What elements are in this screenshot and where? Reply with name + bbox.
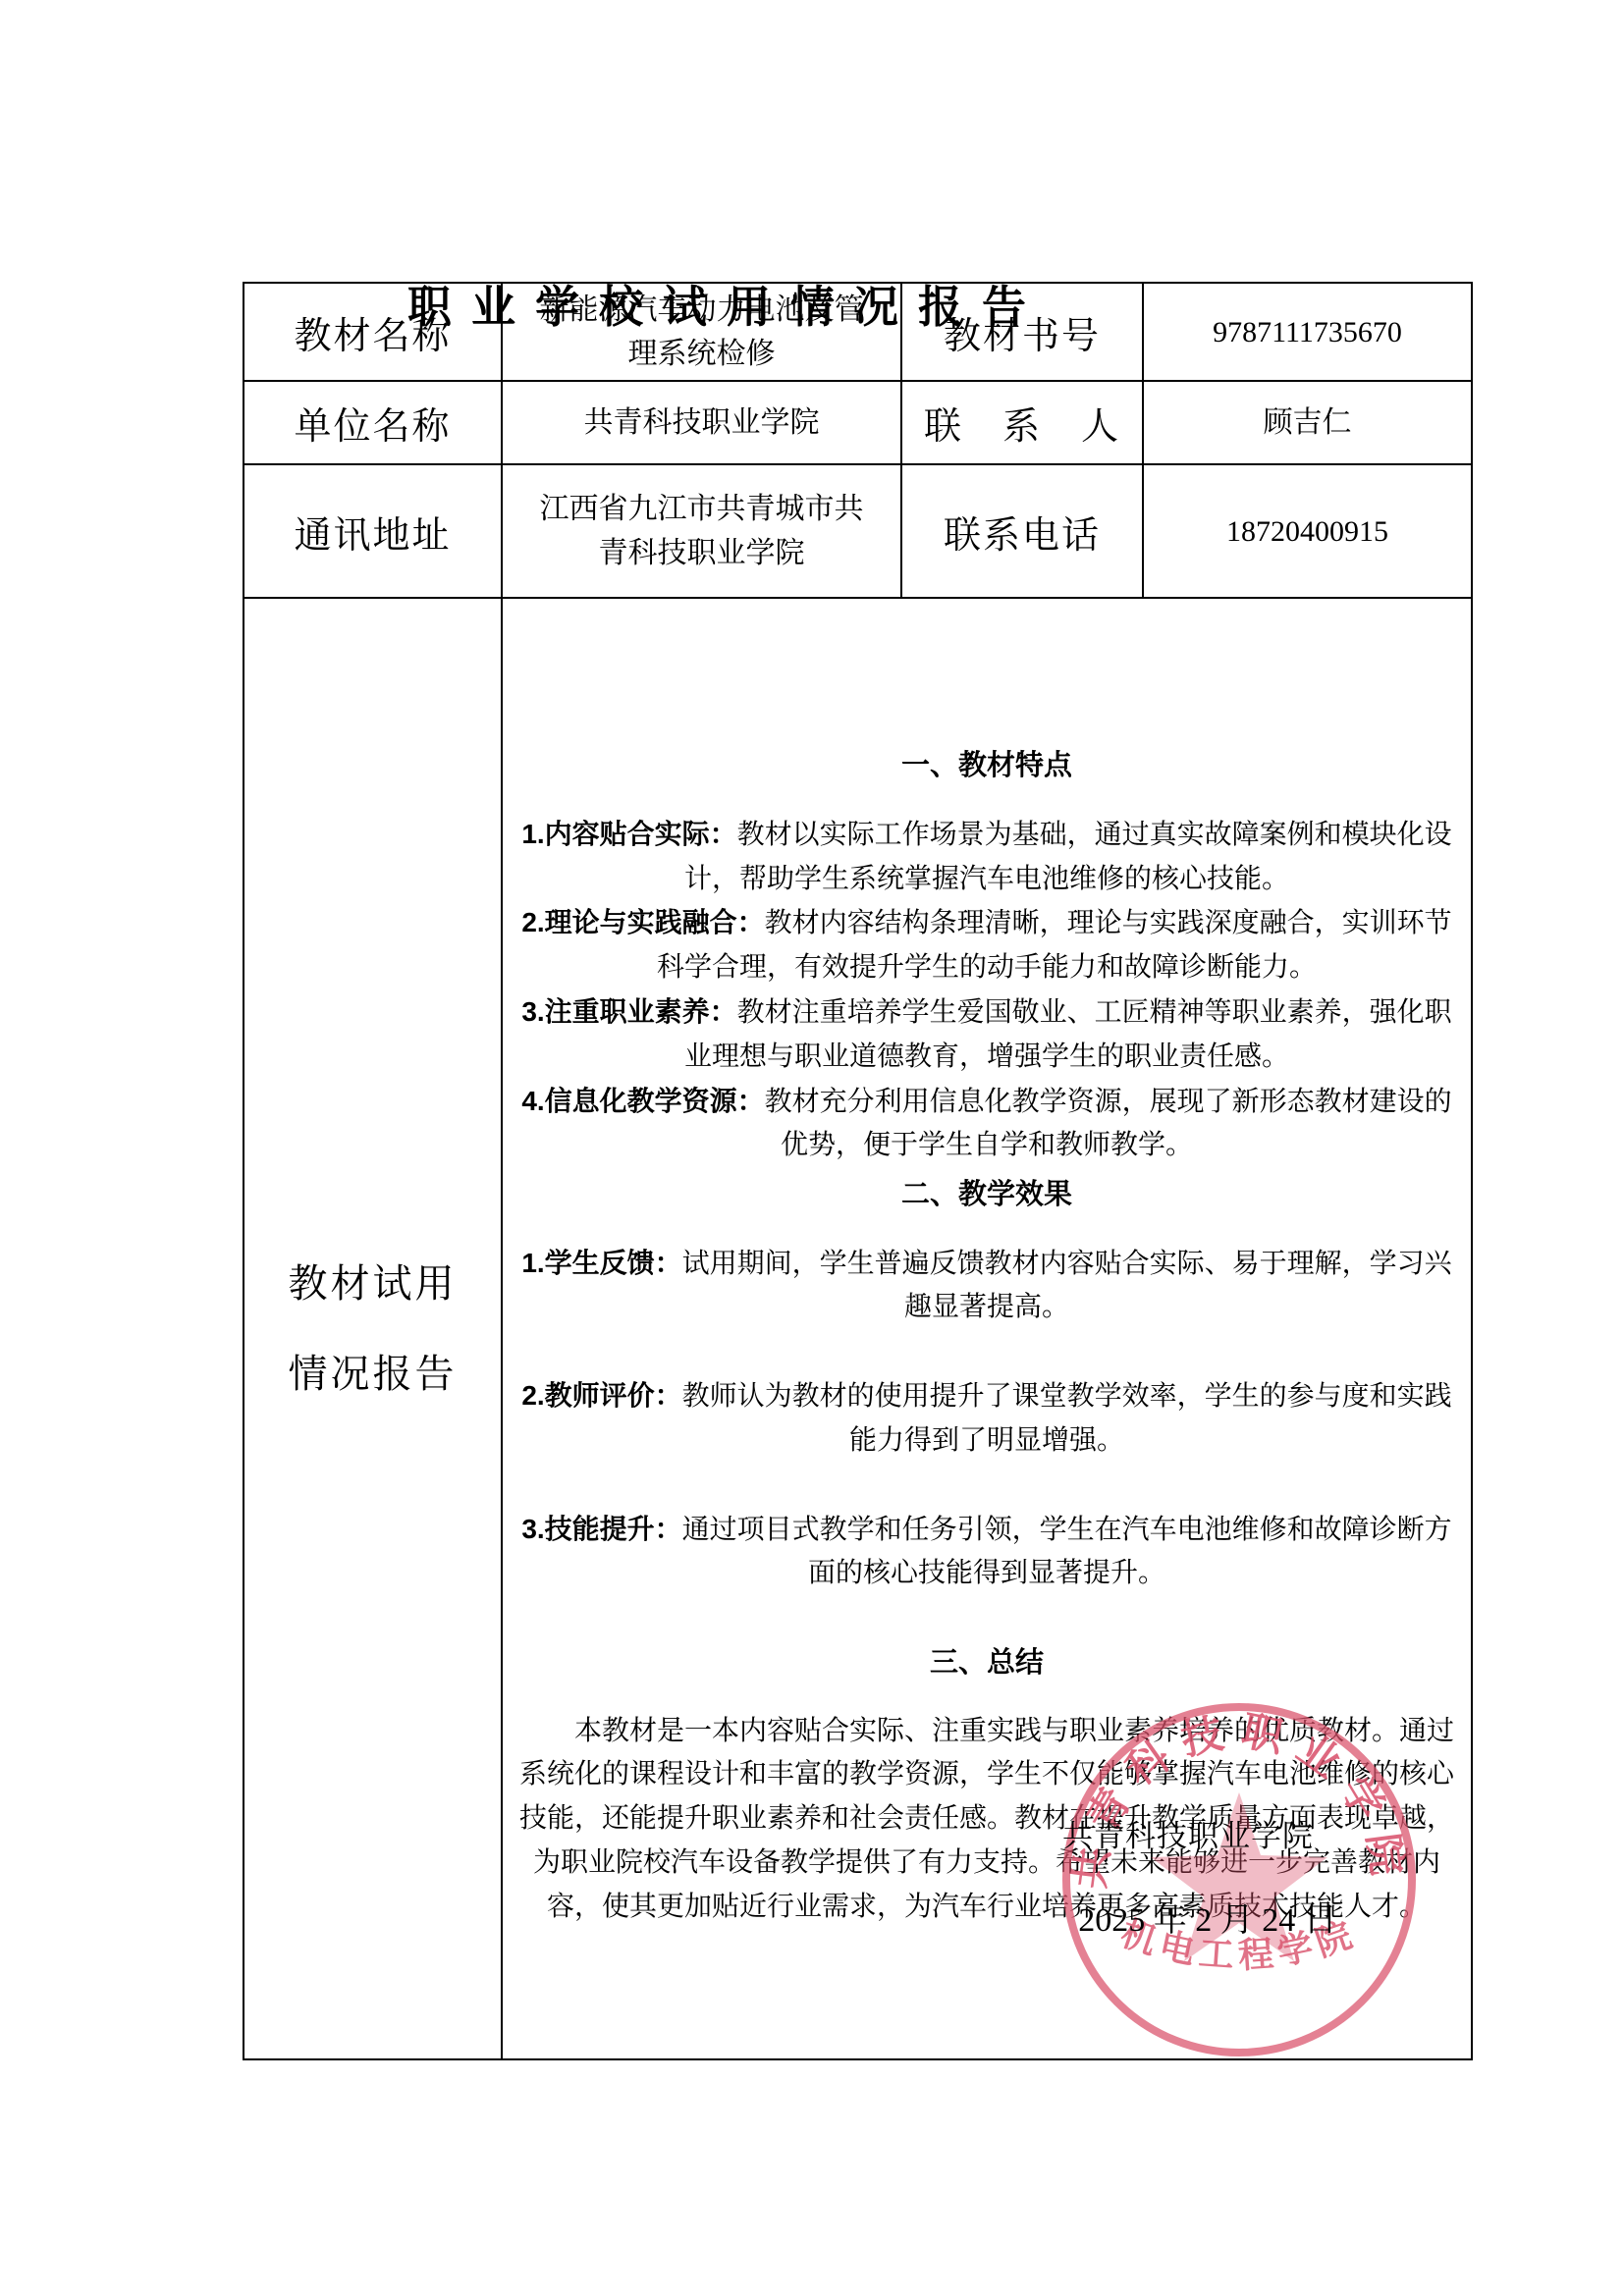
- item-lead: 4.信息化教学资源：: [521, 1086, 764, 1116]
- value-textbook-name: 新能源汽车动力电池及管理系统检修: [502, 283, 901, 381]
- section-heading-features: 一、教材特点: [518, 743, 1455, 788]
- signature-date: 2025 年 2 月 24 日: [962, 1893, 1453, 1941]
- label-unit-name: 单位名称: [244, 381, 502, 464]
- item-text: 教材内容结构条理清晰，理论与实践深度融合，实训环节科学合理，有效提升学生的动手能…: [657, 908, 1452, 983]
- table-row: 单位名称 共青科技职业学院 联 系 人 顾吉仁: [244, 381, 1472, 464]
- item-text: 教材充分利用信息化教学资源，展现了新形态教材建设的优势，便于学生自学和教师教学。: [765, 1087, 1452, 1161]
- label-book-number: 教材书号: [901, 283, 1143, 381]
- section-heading-summary: 三、总结: [518, 1640, 1455, 1685]
- item-text: 教材以实际工作场景为基础，通过真实故障案例和模块化设计，帮助学生系统掌握汽车电池…: [684, 820, 1452, 894]
- label-report-line1: 教材试用: [245, 1239, 500, 1329]
- item-text: 教师认为教材的使用提升了课堂教学效率，学生的参与度和实践能力得到了明显增强。: [682, 1381, 1452, 1456]
- info-table: 教材名称 新能源汽车动力电池及管理系统检修 教材书号 9787111735670…: [243, 282, 1473, 2060]
- feature-item: 4.信息化教学资源：教材充分利用信息化教学资源，展现了新形态教材建设的优势，便于…: [518, 1080, 1455, 1169]
- value-book-number: 9787111735670: [1143, 283, 1472, 381]
- effect-item: 3.技能提升：通过项目式教学和任务引领，学生在汽车电池维修和故障诊断方面的核心技…: [518, 1508, 1455, 1597]
- item-lead: 2.教师评价：: [521, 1380, 681, 1411]
- table-row: 通讯地址 江西省九江市共青城市共青科技职业学院 联系电话 18720400915: [244, 464, 1472, 598]
- value-phone: 18720400915: [1143, 464, 1472, 598]
- value-contact-person: 顾吉仁: [1143, 381, 1472, 464]
- item-lead: 3.注重职业素养：: [521, 996, 736, 1027]
- table-row: 教材名称 新能源汽车动力电池及管理系统检修 教材书号 9787111735670: [244, 283, 1472, 381]
- value-unit-name: 共青科技职业学院: [502, 381, 901, 464]
- feature-item: 3.注重职业素养：教材注重培养学生爱国敬业、工匠精神等职业素养，强化职业理想与职…: [518, 990, 1455, 1080]
- label-textbook-name: 教材名称: [244, 283, 502, 381]
- signature-organization: 共青科技职业学院: [962, 1811, 1414, 1855]
- label-phone: 联系电话: [901, 464, 1143, 598]
- label-report-line2: 情况报告: [245, 1329, 500, 1419]
- feature-item: 1.内容贴合实际：教材以实际工作场景为基础，通过真实故障案例和模块化设计，帮助学…: [518, 813, 1455, 902]
- item-lead: 1.内容贴合实际：: [521, 819, 736, 849]
- effect-item: 2.教师评价：教师认为教材的使用提升了课堂教学效率，学生的参与度和实践能力得到了…: [518, 1374, 1455, 1464]
- item-lead: 1.学生反馈：: [521, 1248, 681, 1278]
- section-heading-effects: 二、教学效果: [518, 1172, 1455, 1217]
- value-address: 江西省九江市共青城市共青科技职业学院: [502, 464, 901, 598]
- item-text: 通过项目式教学和任务引领，学生在汽车电池维修和故障诊断方面的核心技能得到显著提升…: [682, 1515, 1452, 1589]
- label-contact-person: 联 系 人: [901, 381, 1143, 464]
- item-lead: 2.理论与实践融合：: [521, 907, 764, 937]
- label-address: 通讯地址: [244, 464, 502, 598]
- item-text: 试用期间，学生普遍反馈教材内容贴合实际、易于理解，学习兴趣显著提高。: [682, 1249, 1452, 1323]
- label-report: 教材试用 情况报告: [244, 598, 502, 2059]
- effect-item: 1.学生反馈：试用期间，学生普遍反馈教材内容贴合实际、易于理解，学习兴趣显著提高…: [518, 1242, 1455, 1331]
- feature-item: 2.理论与实践融合：教材内容结构条理清晰，理论与实践深度融合，实训环节科学合理，…: [518, 901, 1455, 990]
- item-lead: 3.技能提升：: [521, 1514, 681, 1544]
- item-text: 教材注重培养学生爱国敬业、工匠精神等职业素养，强化职业理想与职业道德教育，增强学…: [684, 997, 1452, 1072]
- document-page: 职业学校试用情况报告 教材名称 新能源汽车动力电池及管理系统检修 教材书号 97…: [0, 0, 1624, 2296]
